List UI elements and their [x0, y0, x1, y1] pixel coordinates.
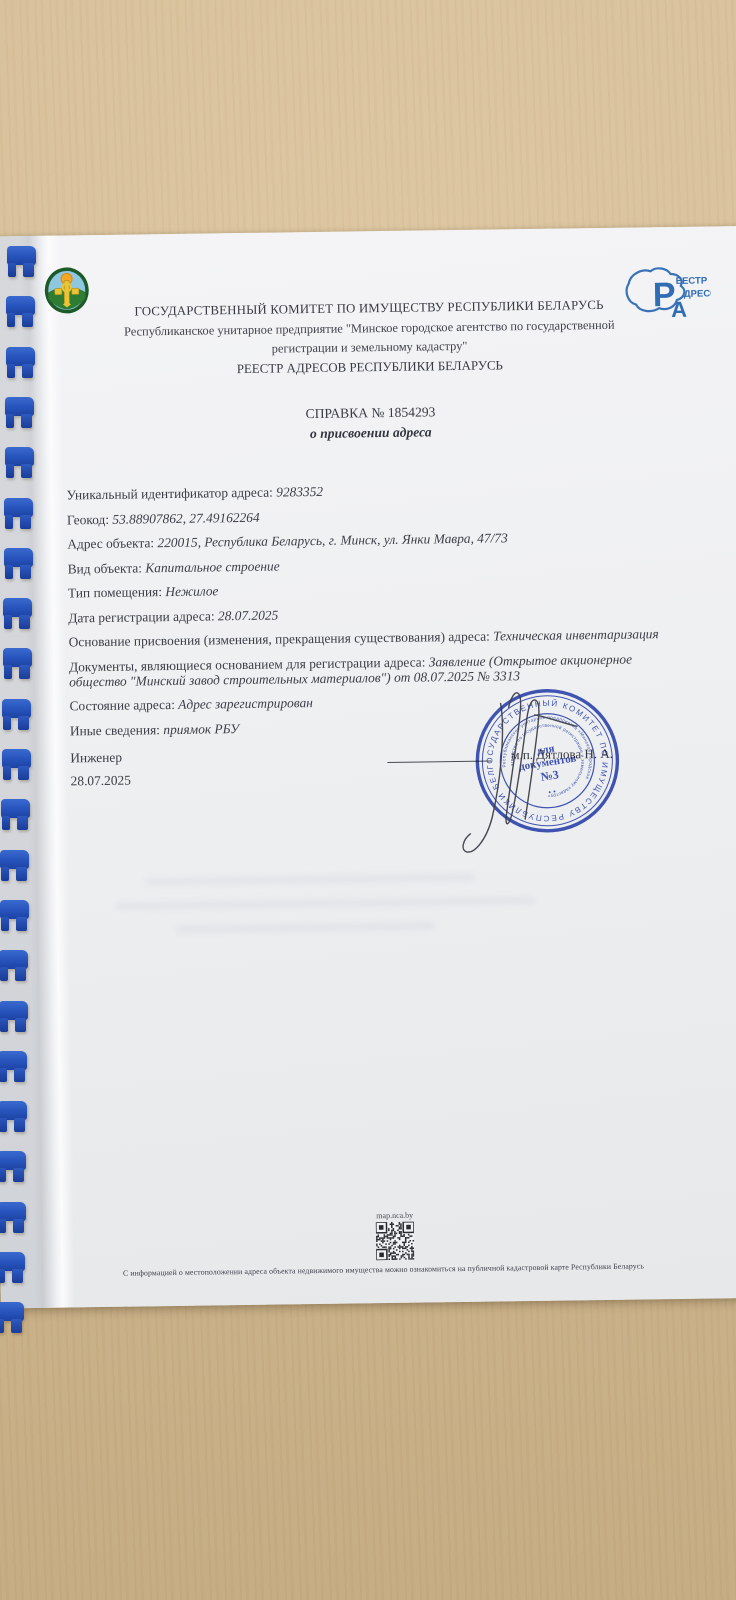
- binding-ring: [4, 548, 33, 579]
- binding-ring: [0, 950, 28, 981]
- field-value: 9283352: [276, 484, 323, 500]
- binding-ring: [0, 1151, 26, 1182]
- document-page: Р ЕЕСТР А ДРЕСОВ ГОСУДАРСТВЕННЫЙ КОМИТЕТ…: [0, 226, 736, 1309]
- binding-ring: [0, 1302, 24, 1333]
- handwritten-signature: [412, 664, 615, 887]
- binding-ring: [2, 749, 31, 780]
- field-row: Адрес объекта: 220015, Республика Белару…: [67, 528, 679, 552]
- signer-block: Инженер 28.07.2025: [70, 750, 131, 790]
- binding-ring: [3, 648, 32, 679]
- field-value: Техническая инвентаризация: [493, 626, 659, 643]
- field-row: Вид объекта: Капитальное строение: [68, 552, 680, 576]
- qr-code: [376, 1222, 415, 1261]
- svg-text:ЕЕСТР: ЕЕСТР: [676, 275, 708, 286]
- binding-ring: [1, 799, 30, 830]
- field-row: Основание присвоения (изменения, прекращ…: [69, 626, 681, 650]
- field-label: Иные сведения:: [70, 722, 160, 738]
- photo-of-document: Р ЕЕСТР А ДРЕСОВ ГОСУДАРСТВЕННЫЙ КОМИТЕТ…: [0, 0, 736, 1600]
- field-label: Основание присвоения (изменения, прекращ…: [69, 629, 490, 650]
- field-label: Вид объекта:: [68, 560, 143, 576]
- field-value: Адрес зарегистрирован: [178, 695, 313, 712]
- field-value: 53.88907862, 27.49162264: [112, 509, 259, 526]
- svg-text:ДРЕСОВ: ДРЕСОВ: [684, 288, 711, 300]
- field-value: приямок РБУ: [163, 721, 239, 737]
- signer-position: Инженер: [70, 750, 130, 767]
- field-value: Нежилое: [165, 583, 218, 599]
- field-label: Дата регистрации адреса:: [68, 608, 214, 625]
- page-show-through: [115, 897, 535, 910]
- field-label: Тип помещения:: [68, 584, 162, 600]
- binding-ring: [0, 1051, 27, 1082]
- binding-ring: [0, 1202, 26, 1233]
- binding-ring: [0, 850, 29, 881]
- binding-ring: [0, 1101, 27, 1132]
- document-title: СПРАВКА № 1854293 о присвоении адреса: [65, 399, 675, 448]
- binding-ring: [0, 1252, 25, 1283]
- footer-caption: С информацией о местоположении адреса об…: [77, 1261, 689, 1279]
- binding-ring: [5, 447, 34, 478]
- field-value: 28.07.2025: [218, 607, 278, 623]
- signature-date: 28.07.2025: [71, 773, 131, 790]
- field-label: Уникальный идентификатор адреса:: [67, 485, 273, 503]
- binding-ring: [3, 598, 32, 629]
- field-value: Капитальное строение: [145, 558, 280, 575]
- field-label: Геокод:: [67, 511, 109, 527]
- field-label: Состояние адреса:: [69, 697, 175, 713]
- field-row: Уникальный идентификатор адреса: 9283352: [67, 479, 679, 503]
- field-row: Тип помещения: Нежилое: [68, 577, 680, 601]
- binding-ring: [2, 699, 31, 730]
- field-row: Геокод: 53.88907862, 27.49162264: [67, 503, 679, 527]
- field-row: Дата регистрации адреса: 28.07.2025: [68, 601, 680, 625]
- field-label: Адрес объекта:: [67, 535, 154, 551]
- binding-ring: [5, 397, 34, 428]
- binding-ring: [4, 498, 33, 529]
- binding-ring: [6, 347, 35, 378]
- binding-ring: [6, 296, 35, 327]
- binding-ring: [7, 246, 36, 277]
- page-show-through: [176, 922, 436, 933]
- document-header: ГОСУДАРСТВЕННЫЙ КОМИТЕТ ПО ИМУЩЕСТВУ РЕС…: [64, 295, 675, 382]
- binding-ring: [0, 1001, 28, 1032]
- field-value: 220015, Республика Беларусь, г. Минск, у…: [157, 530, 507, 550]
- binding-ring: [0, 900, 29, 931]
- qr-url-label: map.nca.by: [340, 1210, 450, 1221]
